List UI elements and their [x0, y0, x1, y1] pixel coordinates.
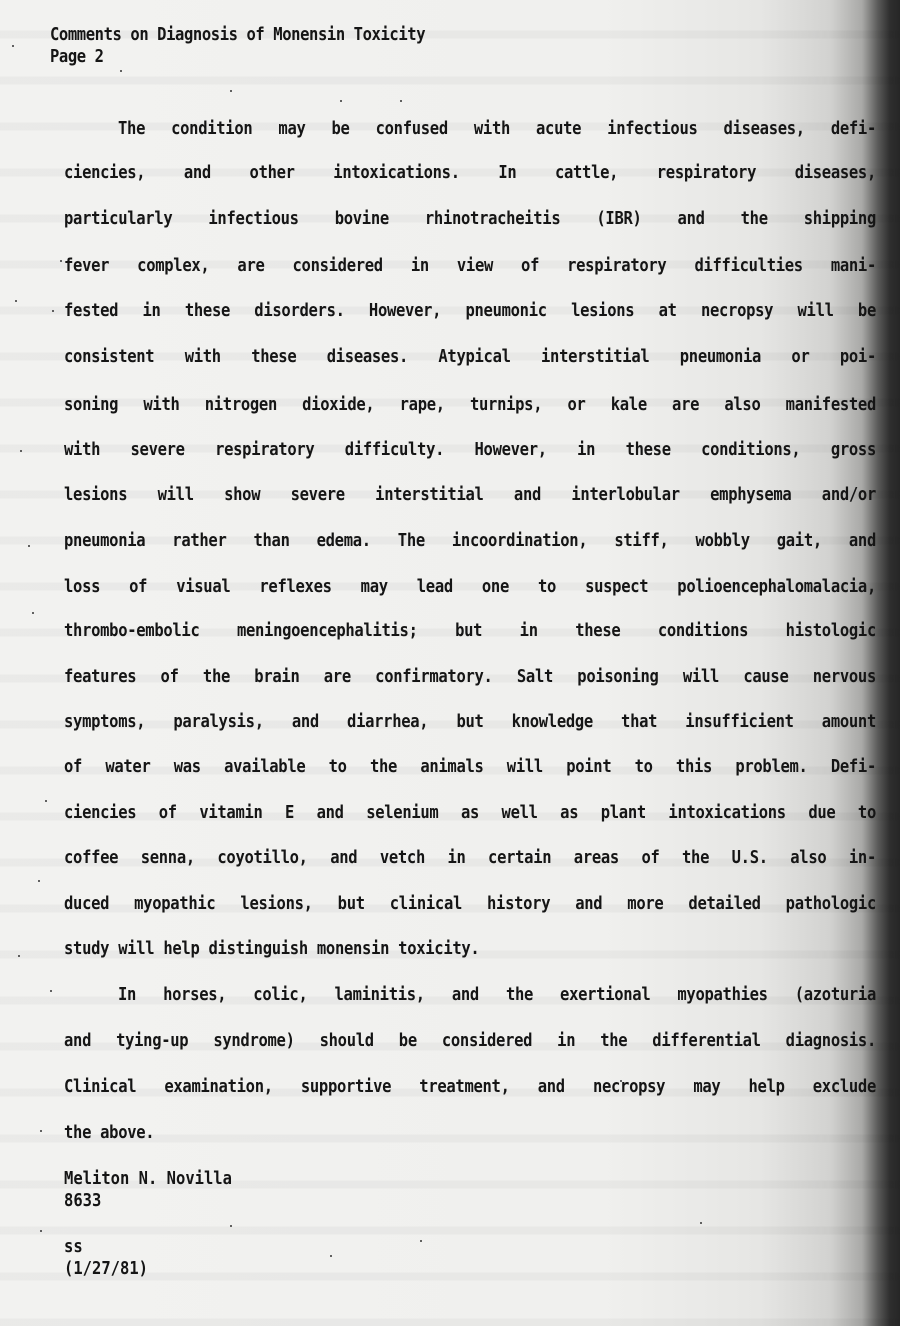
text-line: coffee senna, coyotillo, and vetch in ce…	[64, 845, 876, 870]
text-line: thrombo-embolic meningoencephalitis; but…	[64, 618, 876, 643]
text-line: consistent with these diseases. Atypical…	[64, 344, 876, 369]
scan-speck	[20, 450, 22, 452]
scan-speck	[620, 1080, 622, 1082]
text-line: with severe respiratory difficulty. Howe…	[64, 437, 876, 462]
text-line: loss of visual reflexes may lead one to …	[64, 574, 876, 599]
document-title: Comments on Diagnosis of Monensin Toxici…	[50, 22, 425, 47]
page-number: Page 2	[50, 44, 425, 69]
typist-initials: ss	[64, 1234, 232, 1259]
scan-speck	[340, 100, 342, 102]
scan-speck	[52, 310, 54, 312]
text-line: fested in these disorders. However, pneu…	[64, 298, 876, 323]
text-line: soning with nitrogen dioxide, rape, turn…	[64, 392, 876, 417]
text-line: particularly infectious bovine rhinotrac…	[64, 206, 876, 231]
text-line: ciencies, and other intoxications. In ca…	[64, 160, 876, 185]
text-line: of water was available to the animals wi…	[64, 754, 876, 779]
scan-speck	[230, 90, 232, 92]
scan-speck	[230, 1225, 232, 1227]
text-line: In horses, colic, laminitis, and the exe…	[64, 982, 876, 1007]
scan-speck	[50, 990, 52, 992]
scan-speck	[700, 1222, 702, 1224]
text-line: The condition may be confused with acute…	[64, 116, 876, 141]
scan-speck	[18, 955, 20, 957]
text-line: lesions will show severe interstitial an…	[64, 482, 876, 507]
author-code: 8633	[64, 1188, 232, 1213]
text-line: fever complex, are considered in view of…	[64, 253, 876, 278]
document-date: (1/27/81)	[64, 1256, 232, 1281]
scan-speck	[38, 880, 40, 882]
scan-speck	[40, 1130, 42, 1132]
text-line: ciencies of vitamin E and selenium as we…	[64, 800, 876, 825]
scan-speck	[330, 1255, 332, 1257]
text-line: features of the brain are confirmatory. …	[64, 664, 876, 689]
text-line: the above.	[64, 1120, 876, 1145]
scan-speck	[15, 300, 17, 302]
text-line: study will help distinguish monensin tox…	[64, 936, 876, 961]
scan-speck	[45, 800, 47, 802]
scan-speck	[12, 45, 14, 47]
scan-speck	[420, 1240, 422, 1242]
scan-speck	[28, 545, 30, 547]
text-line: and tying-up syndrome) should be conside…	[64, 1028, 876, 1053]
author-name: Meliton N. Novilla	[64, 1166, 232, 1191]
text-line: Clinical examination, supportive treatme…	[64, 1074, 876, 1099]
scan-speck	[40, 1230, 42, 1232]
text-line: duced myopathic lesions, but clinical hi…	[64, 891, 876, 916]
scan-speck	[400, 100, 402, 102]
text-line: symptoms, paralysis, and diarrhea, but k…	[64, 709, 876, 734]
signature-block: Meliton N. Novilla 8633 ss (1/27/81)	[64, 1166, 232, 1278]
document-header: Comments on Diagnosis of Monensin Toxici…	[50, 22, 425, 66]
scan-speck	[32, 612, 34, 614]
text-line: pneumonia rather than edema. The incoord…	[64, 528, 876, 553]
scan-speck	[120, 70, 122, 72]
scan-speck	[60, 260, 62, 262]
